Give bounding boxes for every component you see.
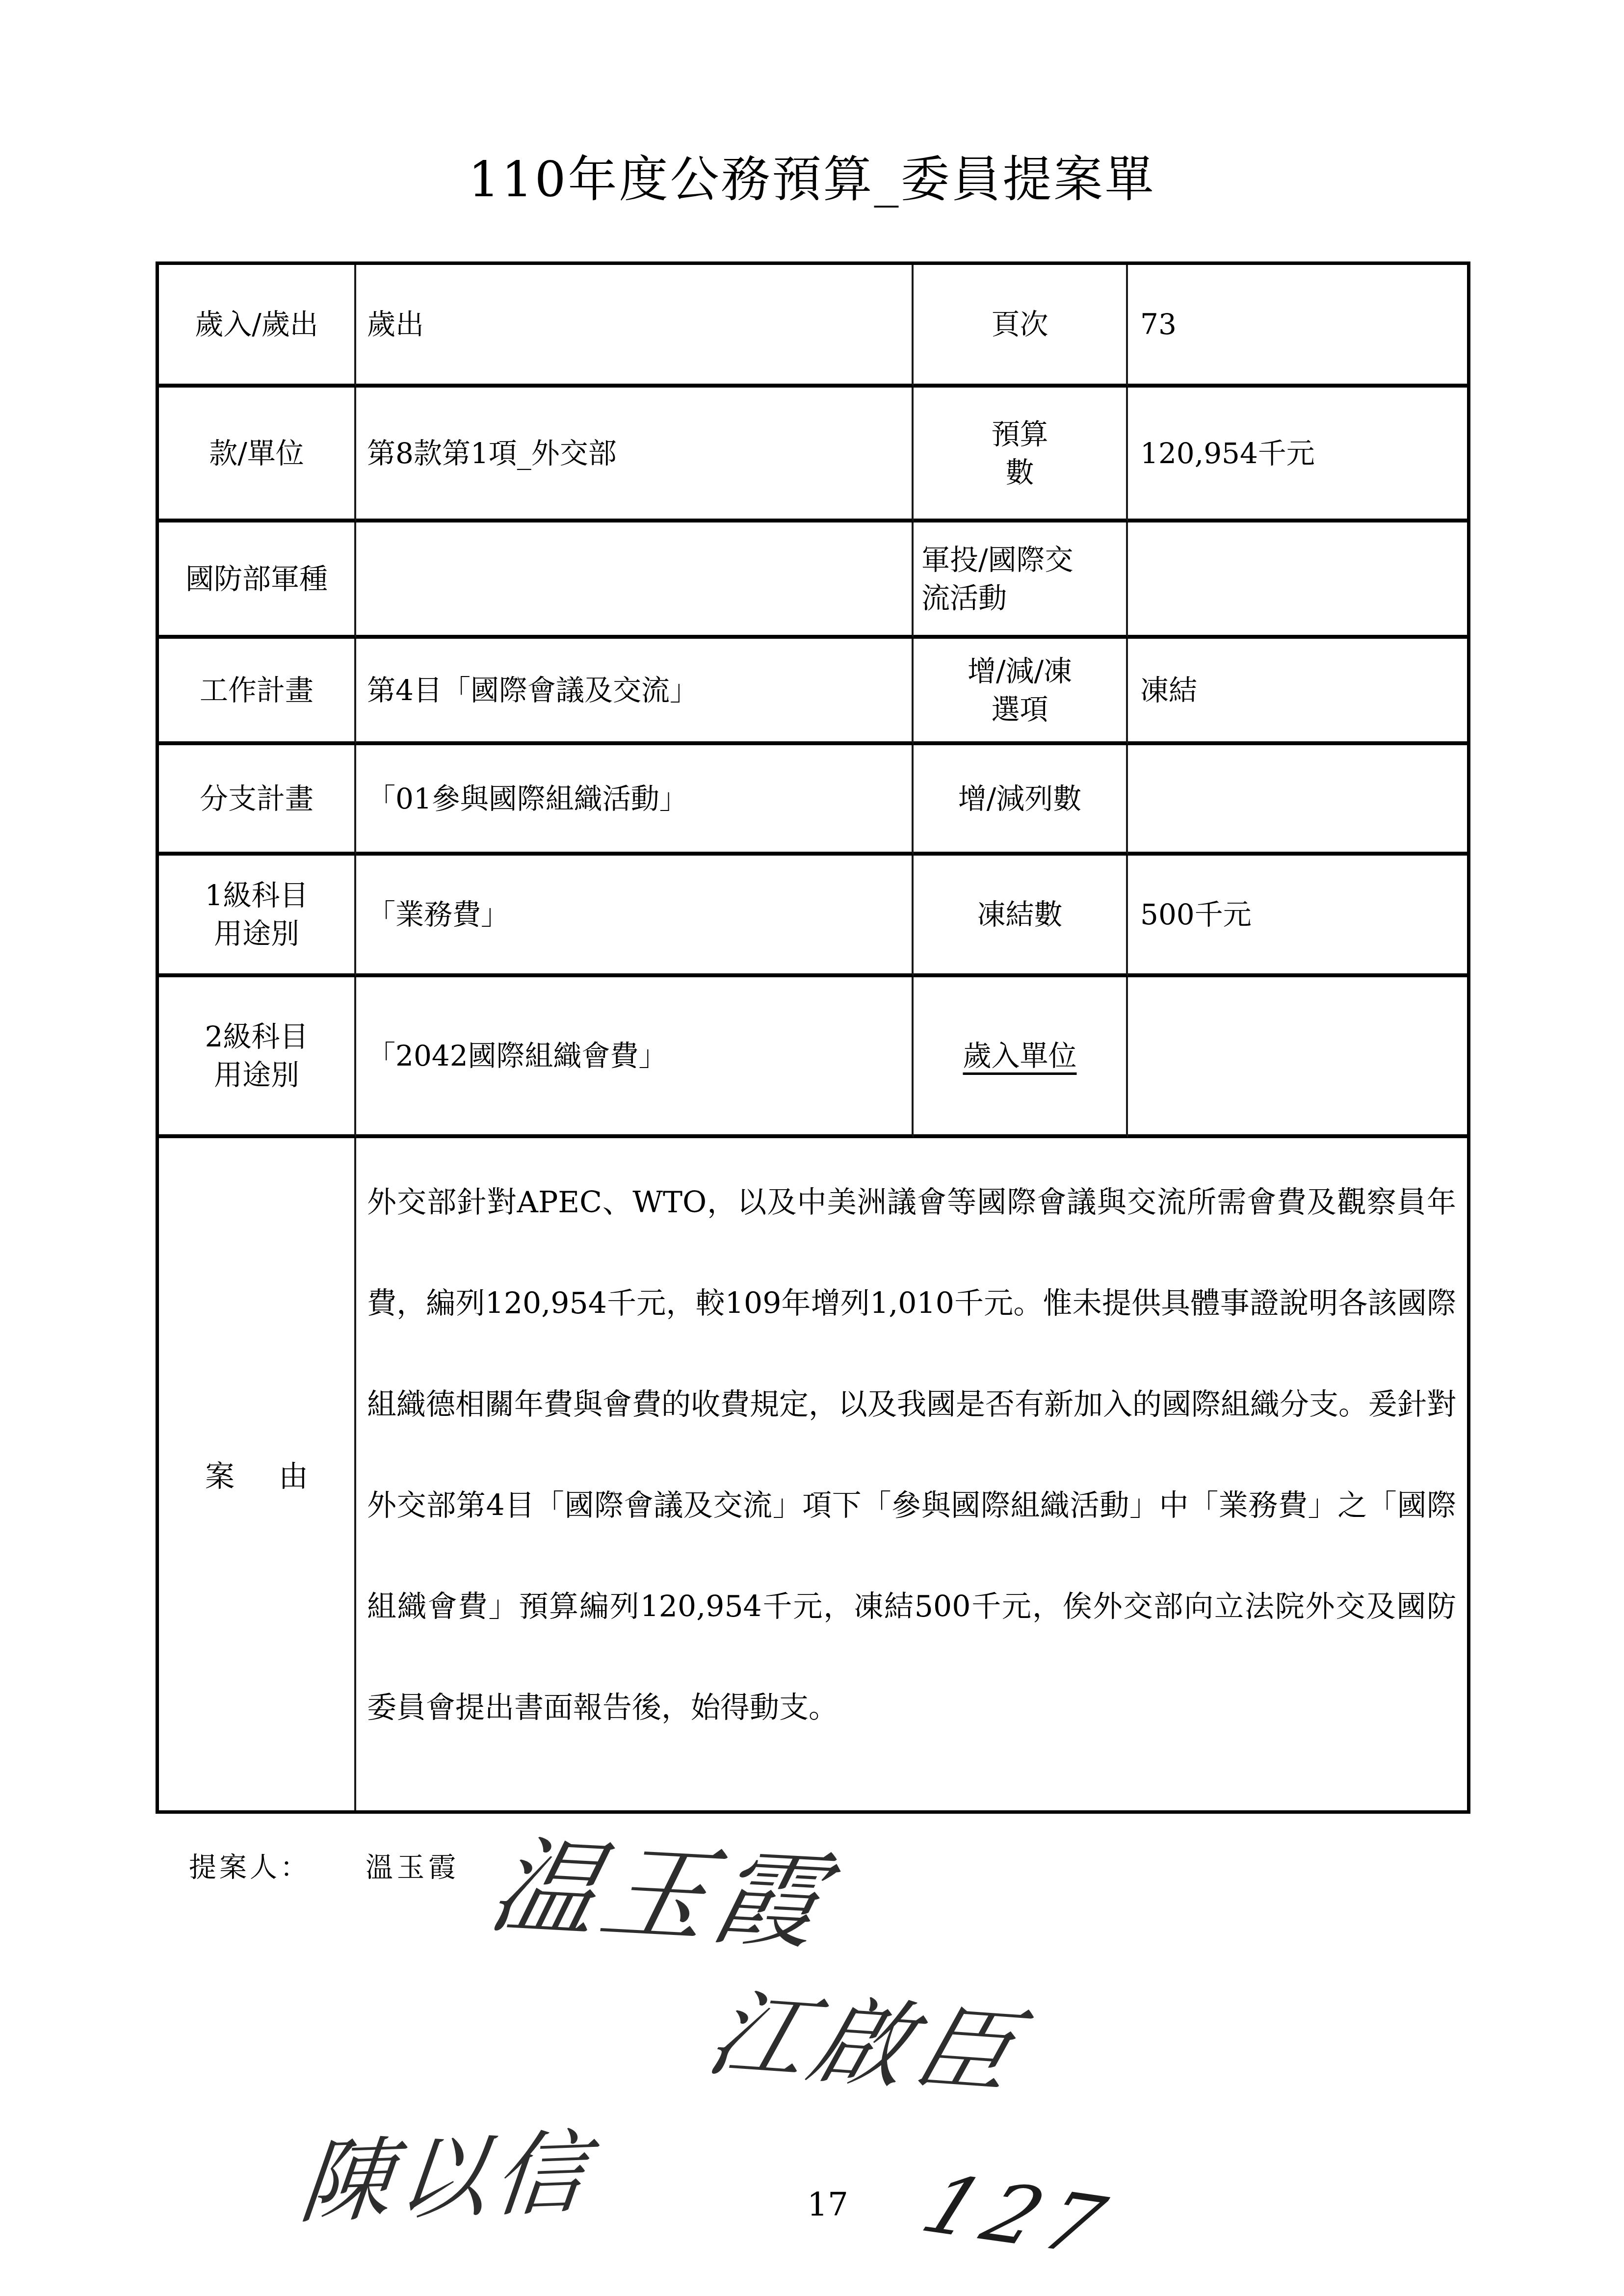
label-level1-subject: 1級科目 用途別 (159, 856, 356, 977)
value-revenue-unit (1128, 977, 1467, 1138)
label-revenue-unit: 歲入單位 (914, 977, 1128, 1138)
label-adjust-amount: 增/減列數 (914, 745, 1128, 856)
label-military-investment: 軍投/國際交 流活動 (914, 522, 1128, 639)
label-adjust-option: 增/減/凍 選項 (914, 639, 1128, 745)
case-description-text: 外交部針對APEC、WTO，以及中美洲議會等國際會議與交流所需會費及觀察員年費，… (356, 1138, 1467, 1810)
value-page-no: 73 (1128, 265, 1467, 388)
form-title: 110年度公務預算_委員提案單 (0, 140, 1624, 210)
value-work-plan: 第4目「國際會議及交流」 (356, 639, 914, 745)
signature-wen-yu-hsia: 温玉霞 (478, 1802, 843, 1969)
label-work-plan: 工作計畫 (159, 639, 356, 745)
value-budget-amount: 120,954千元 (1128, 388, 1467, 522)
value-frozen-amount: 500千元 (1128, 856, 1467, 977)
proposal-table: 歲入/歲出 歲出 頁次 73 款/單位 第8款第1項_外交部 預算 數 120,… (156, 261, 1470, 1814)
signature-chiang-chi-chen: 江啟臣 (695, 1958, 1040, 2114)
label-mnd-service: 國防部軍種 (159, 522, 356, 639)
value-adjust-option: 凍結 (1128, 639, 1467, 745)
value-level1-subject: 「業務費」 (356, 856, 914, 977)
proposer-name: 溫玉霞 (366, 1846, 460, 1885)
value-military-investment (1128, 522, 1467, 639)
label-unit: 款/單位 (159, 388, 356, 522)
case-label-text: 案由 (205, 1453, 352, 1495)
label-case-subject: 案由 (159, 1138, 356, 1810)
value-level2-subject: 「2042國際組織會費」 (356, 977, 914, 1138)
label-branch-plan: 分支計畫 (159, 745, 356, 856)
revenue-unit-text: 歲入單位 (963, 1037, 1076, 1075)
value-revenue-expense: 歲出 (356, 265, 914, 388)
label-frozen-amount: 凍結數 (914, 856, 1128, 977)
page-number: 17 (807, 2186, 848, 2223)
value-adjust-amount (1128, 745, 1467, 856)
value-unit: 第8款第1項_外交部 (356, 388, 914, 522)
value-branch-plan: 「01參與國際組織活動」 (356, 745, 914, 856)
label-page-no: 頁次 (914, 265, 1128, 388)
proposer-label: 提案人： (189, 1846, 311, 1885)
handwritten-number: 127 (910, 2158, 1126, 2273)
label-budget-amount: 預算 數 (914, 388, 1128, 522)
value-mnd-service (356, 522, 914, 639)
scanned-proposal-form: 110年度公務預算_委員提案單 歲入/歲出 歲出 頁次 73 款/單位 第8款第… (0, 0, 1624, 2296)
label-level2-subject: 2級科目 用途別 (159, 977, 356, 1138)
signature-chen-yi-hsin: 陳以信 (295, 2099, 599, 2241)
label-revenue-expense: 歲入/歲出 (159, 265, 356, 388)
